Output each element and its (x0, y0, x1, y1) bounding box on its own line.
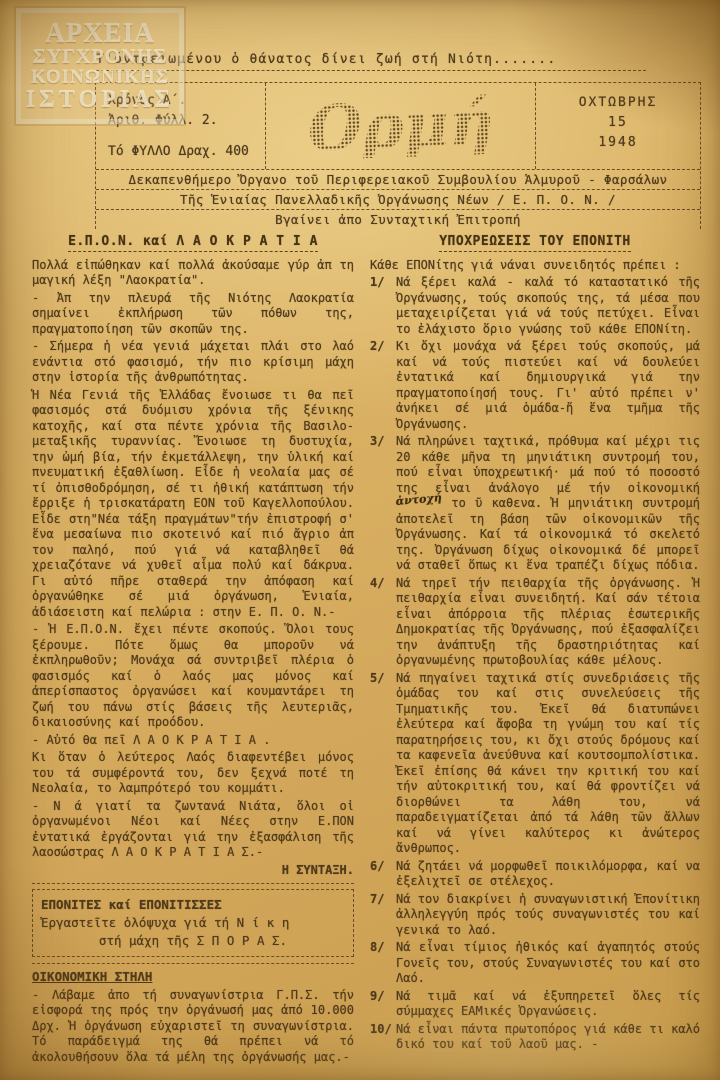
article-columns: Ε.Π.Ο.Ν. καί Λ Α Ο Κ Ρ Α Τ Ι Α Πολλά εἰπ… (32, 234, 700, 1067)
announcement-line: Ἐργαστεῖτε ὁλόψυχα γιά τή Ν ί κ η (41, 914, 345, 932)
date-year: 1948 (536, 133, 700, 153)
obligation-item: 4/ Νά τηρεῖ τήν πειθαρχία τῆς ὀργάνωσης.… (370, 576, 700, 669)
obligation-item: 8/ Νά εἶναι τίμιος ἠθικός καί ἀγαπητός σ… (370, 940, 700, 987)
obligation-item: 6/ Νά ζητάει νά μορφωθεῖ ποικιλόμορφα, κ… (370, 859, 700, 890)
paragraph: Πολλά εἰπώθηκαν καί πολλά ἀκούσαμε γύρ ἀ… (32, 258, 354, 289)
masthead-subtitle-2: Τῆς Ἑνιαίας Πανελλαδικῆς Ὀργάνωσης Νέων … (96, 189, 700, 209)
obligation-item: 10/ Νά εἶναι πάντα πρωτοπόρος γιά κάθε τ… (370, 1022, 700, 1053)
obligation-item: 5/ Νά πηγαίνει ταχτικά στίς συνεδριάσεις… (370, 671, 700, 857)
left-column: Ε.Π.Ο.Ν. καί Λ Α Ο Κ Ρ Α Τ Ι Α Πολλά εἰπ… (32, 234, 354, 1067)
stamp-line: ΣΥΓΧΡΟΝΗΣ (25, 47, 175, 68)
newspaper-logo: Ορμή (307, 92, 495, 160)
stamp-line: ΚΟΙΝΩΝΙΚΗΣ (25, 68, 175, 88)
paragraph: - Ἡ Ε.Π.Ο.Ν. ἔχει πέντε σκοπούς. Ὅλοι το… (32, 622, 354, 731)
obligation-item: 7/ Νά τον διακρίνει ἡ συναγωνιστική Ἐπον… (370, 892, 700, 939)
price-label: Τό ΦΥΛΛΟ Δραχ. 400 (108, 142, 259, 162)
obligation-item: 9/ Νά τιμᾶ καί νά ἐξυπηρετεῖ ὅλες τίς σύ… (370, 989, 700, 1020)
obligation-item: 1/ Νά ξέρει καλά - καλά τό καταστατικό τ… (370, 275, 700, 337)
masthead-box: Χρόνος Α΄. Ἀριθ. Φύλλ. 2. Τό ΦΥΛΛΟ Δραχ.… (95, 82, 701, 229)
scanned-newspaper-page: { "archive_stamp": { "l1": "ΑΡΧΕΙΑ", "l2… (0, 0, 720, 1080)
stamp-line: ΙΣΤΟΡΙΑΣ (25, 88, 175, 113)
right-column: ΥΠΟΧΡΕΩΣΕΙΣ ΤΟΥ ΕΠΟΝΙΤΗ Κάθε ΕΠΟΝίτης γι… (370, 234, 700, 1067)
dashed-divider (32, 883, 354, 884)
paragraph: - Λάβαμε ἀπο τή συναγωνίστρια Γ.Π.Σ. τήν… (32, 988, 354, 1066)
obligation-item: 3/ Νά πληρώνει ταχτικά, πρόθυμα καί μέχρ… (370, 434, 700, 574)
date-cell: ΟΧΤΩΒΡΗΣ 15 1948 (535, 83, 700, 169)
intro-paragraph: Κάθε ΕΠΟΝίτης γιά νάναι συνειδητός πρέπε… (370, 258, 700, 274)
date-month: ΟΧΤΩΒΡΗΣ (536, 93, 700, 113)
right-article-heading: ΥΠΟΧΡΕΩΣΕΙΣ ΤΟΥ ΕΠΟΝΙΤΗ (370, 234, 700, 250)
masthead-subtitle-1: Δεκαπενθήμερο Ὄργανο τοῦ Περιφερειακοῦ Σ… (96, 169, 700, 189)
stamp-line: ΑΡΧΕΙΑ (25, 19, 175, 47)
paragraph: Ἡ Νέα Γενιά τῆς Ἑλλάδας ἔνοιωσε τι θα πε… (32, 388, 354, 621)
paragraph: - Ν ά γιατί τα ζωντανά Νιάτα, ὅλοι οἱ ὀρ… (32, 799, 354, 861)
paragraph: - Σήμερα ἡ νέα γενιά μάχεται πλάι στο λα… (32, 339, 354, 386)
paragraph: - Ἀπ την πλευρά τῆς Νιότης Λαοκρατία σημ… (32, 291, 354, 338)
masthead-subtitle-3: Βγαίνει ἀπο Συνταχτική Ἐπιτροπή (96, 209, 700, 229)
left-article-heading: Ε.Π.Ο.Ν. καί Λ Α Ο Κ Ρ Α Τ Ι Α (32, 234, 354, 250)
paragraph: Κι ὅταν ὁ λεύτερος Λαός διαφεντέβει μόνο… (32, 750, 354, 797)
paragraph: - Αὐτό θα πεῖ Λ Α Ο Κ Ρ Α Τ Ι Α . (32, 733, 354, 749)
dashed-divider (32, 963, 354, 964)
announcement-title: ΕΠΟΝΙΤΕΣ καί ΕΠΟΝΙΤΙΣΣΕΣ (41, 896, 345, 914)
logo-cell: Ορμή (266, 83, 535, 169)
economic-column-heading: ΟΙΚΟΝΟΜΙΚΗ ΣΤΗΛΗ (32, 969, 354, 985)
announcement-line: στή μάχη τῆς Σ Π Ο Ρ Α Σ. (41, 932, 345, 950)
editorial-signature: Η ΣΥΝΤΑΞΗ. (32, 863, 354, 879)
masthead-top-row: Χρόνος Α΄. Ἀριθ. Φύλλ. 2. Τό ΦΥΛΛΟ Δραχ.… (96, 83, 700, 169)
announcement-box: ΕΠΟΝΙΤΕΣ καί ΕΠΟΝΙΤΙΣΣΕΣ Ἐργαστεῖτε ὁλόψ… (32, 889, 354, 957)
date-day: 15 (536, 113, 700, 133)
obligation-item: 2/ Κι ὄχι μονάχα νά ξέρει τούς σκοπούς, … (370, 339, 700, 432)
archive-watermark-stamp: ΑΡΧΕΙΑ ΣΥΓΧΡΟΝΗΣ ΚΟΙΝΩΝΙΚΗΣ ΙΣΤΟΡΙΑΣ (16, 8, 184, 124)
handwritten-insertion: ἀντοχή (395, 490, 442, 509)
